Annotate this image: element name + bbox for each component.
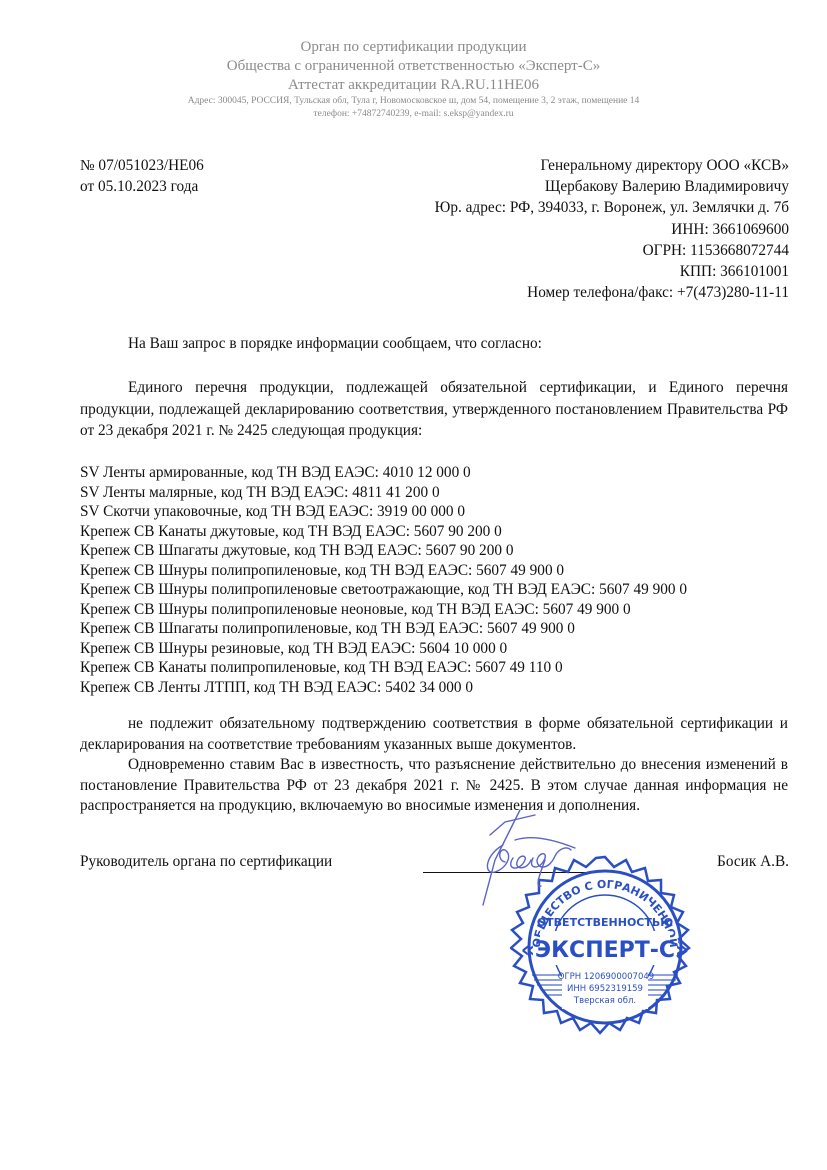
list-item: SV Ленты малярные, код ТН ВЭД ЕАЭС: 4811… <box>80 483 687 503</box>
svg-text:Тверская обл.: Тверская обл. <box>573 996 636 1006</box>
list-item: Крепеж СВ Шпагаты полипропиленовые, код … <box>80 619 687 639</box>
list-item: Крепеж СВ Шнуры полипропиленовые, код ТН… <box>80 561 687 581</box>
svg-text:«ЭКСПЕРТ-С»: «ЭКСПЕРТ-С» <box>521 938 690 963</box>
signatory-name: Босик А.В. <box>717 851 789 873</box>
signature-scribble-icon <box>475 800 605 910</box>
recipient-block: Генеральному директору ООО «КСВ» Щербако… <box>435 155 789 303</box>
letter-reference: № 07/051023/НЕ06 от 05.10.2023 года <box>80 155 204 197</box>
letterhead-company: Общества с ограниченной ответственностью… <box>0 57 827 76</box>
list-item: Крепеж СВ Шнуры полипропиленовые светоот… <box>80 580 687 600</box>
list-item: Крепеж СВ Ленты ЛТПП, код ТН ВЭД ЕАЭС: 5… <box>80 678 687 698</box>
signatory-title: Руководитель органа по сертификации <box>80 851 332 873</box>
list-item: Крепеж СВ Шнуры полипропиленовые неоновы… <box>80 600 687 620</box>
letter-number: № 07/051023/НЕ06 <box>80 155 204 176</box>
recipient-name: Щербакову Валерию Владимировичу <box>435 176 789 197</box>
letterhead-address: Адрес: 300045, РОССИЯ, Тульская обл, Тул… <box>0 95 827 108</box>
svg-text:ОГРН 1206900007049: ОГРН 1206900007049 <box>558 972 654 982</box>
recipient-phone: Номер телефона/факс: +7(473)280-11-11 <box>435 282 789 303</box>
list-item: Крепеж СВ Шнуры резиновые, код ТН ВЭД ЕА… <box>80 639 687 659</box>
conclusion-paragraph: не подлежит обязательному подтверждению … <box>80 714 788 755</box>
list-item: Крепеж СВ Канаты полипропиленовые, код Т… <box>80 658 687 678</box>
basis-paragraph: Единого перечня продукции, подлежащей об… <box>80 377 788 442</box>
svg-text:ОТВЕТСТВЕННОСТЬЮ: ОТВЕТСТВЕННОСТЬЮ <box>537 916 673 929</box>
recipient-ogrn: ОГРН: 1153668072744 <box>435 240 789 261</box>
svg-text:ИНН 6952319159: ИНН 6952319159 <box>567 984 643 994</box>
list-item: SV Ленты армированные, код ТН ВЭД ЕАЭС: … <box>80 463 687 483</box>
list-item: Крепеж СВ Канаты джутовые, код ТН ВЭД ЕА… <box>80 522 687 542</box>
letter-date: от 05.10.2023 года <box>80 176 204 197</box>
recipient-kpp: КПП: 366101001 <box>435 261 789 282</box>
recipient-position: Генеральному директору ООО «КСВ» <box>435 155 789 176</box>
letterhead-org-body: Орган по сертификации продукции <box>0 38 827 57</box>
letterhead: Орган по сертификации продукции Общества… <box>0 38 827 121</box>
list-item: SV Скотчи упаковочные, код ТН ВЭД ЕАЭС: … <box>80 502 687 522</box>
recipient-address: Юр. адрес: РФ, 394033, г. Воронеж, ул. З… <box>435 197 789 218</box>
letterhead-contacts: телефон: +74872740239, e-mail: s.eksp@ya… <box>0 108 827 121</box>
product-list: SV Ленты армированные, код ТН ВЭД ЕАЭС: … <box>80 463 687 697</box>
intro-text: На Ваш запрос в порядке информации сообщ… <box>128 333 542 355</box>
letterhead-accreditation: Аттестат аккредитации RA.RU.11НЕ06 <box>0 76 827 95</box>
notice-paragraph: Одновременно ставим Вас в известность, ч… <box>80 755 788 817</box>
list-item: Крепеж СВ Шпагаты джутовые, код ТН ВЭД Е… <box>80 541 687 561</box>
handwritten-signature <box>475 800 605 910</box>
recipient-inn: ИНН: 3661069600 <box>435 219 789 240</box>
